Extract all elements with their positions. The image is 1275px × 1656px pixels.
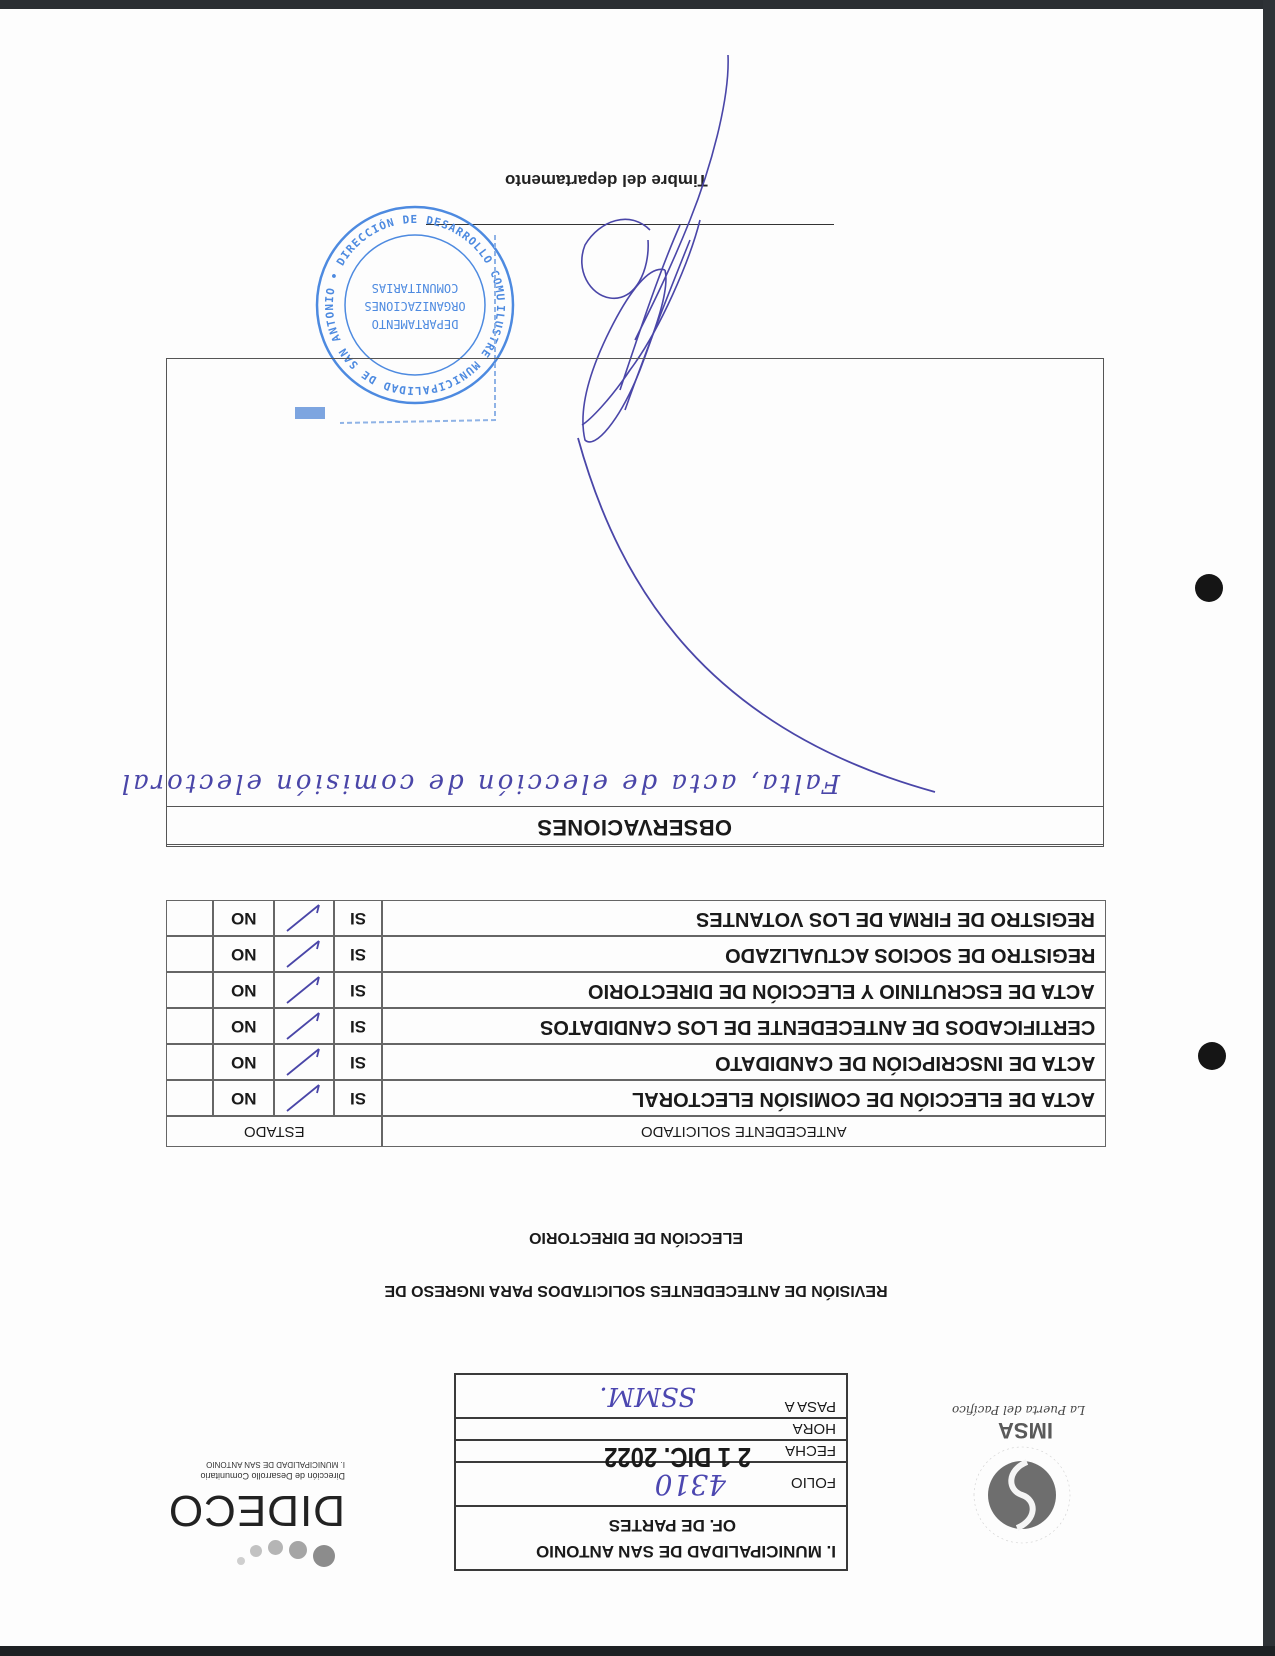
requirement-label-text: ACTA DE ESCRUTINIO Y ELECCIÓN DE DIRECTO… — [588, 979, 1095, 1002]
no-label: NO — [231, 1052, 257, 1072]
no-label: NO — [231, 908, 257, 928]
dideco-logo: DIDECO Dirección de Desarrollo Comunitar… — [175, 1455, 365, 1575]
no-label: NO — [231, 980, 257, 1000]
blank-cell — [166, 1080, 213, 1116]
checkmark-icon — [279, 1009, 329, 1043]
scan-border-right — [1263, 0, 1275, 1656]
checkmark-icon — [279, 901, 329, 935]
scan-border-bottom — [0, 1646, 1275, 1656]
blank-cell — [166, 972, 213, 1008]
field-hora: HORA — [456, 1417, 846, 1439]
si-cell[interactable]: SI — [334, 1008, 382, 1044]
table-row: ACTA DE INSCRIPCIÓN DE CANDIDATOSINO — [166, 1044, 1106, 1080]
table-row: REGISTRO DE FIRMA DE LOS VOTANTESSINO — [166, 900, 1106, 936]
imsa-wordmark: IMSA — [998, 1417, 1053, 1443]
hora-label: HORA — [793, 1420, 836, 1437]
si-label: SI — [350, 908, 366, 928]
no-cell[interactable]: NO — [213, 936, 274, 972]
requirement-label: CERTIFICADOS DE ANTECEDENTE DE LOS CANDI… — [382, 1008, 1106, 1044]
checkmark-icon — [279, 1045, 329, 1079]
si-label: SI — [350, 980, 366, 1000]
no-cell[interactable]: NO — [213, 1008, 274, 1044]
dideco-line1: Dirección de Desarrollo Comunitario — [200, 1471, 345, 1481]
table-row: REGISTRO DE SOCIOS ACTUALIZADOSINO — [166, 936, 1106, 972]
observations-handwritten-note: Falta, acta de elección de comisión elec… — [40, 758, 840, 798]
blank-cell — [166, 900, 213, 936]
blank-cell — [166, 1044, 213, 1080]
blank-cell — [166, 936, 213, 972]
dideco-wordmark: DIDECO — [168, 1485, 345, 1535]
requirement-label-text: CERTIFICADOS DE ANTECEDENTE DE LOS CANDI… — [540, 1015, 1095, 1038]
table-header-row: ANTECEDENTE SOLICITADOESTADO — [166, 1116, 1106, 1147]
check-cell[interactable] — [274, 1080, 334, 1116]
si-cell[interactable]: SI — [334, 900, 382, 936]
requirement-label: ACTA DE ELECCIÓN DE COMISIÓN ELECTORAL — [382, 1080, 1106, 1116]
no-label: NO — [231, 1016, 257, 1036]
si-cell[interactable]: SI — [334, 1080, 382, 1116]
requirement-label-text: ACTA DE INSCRIPCIÓN DE CANDIDATO — [715, 1051, 1095, 1074]
fecha-label: FECHA — [785, 1442, 836, 1459]
no-cell[interactable]: NO — [213, 1044, 274, 1080]
imsa-tagline: La Puerta del Pacífico — [952, 1403, 1085, 1417]
si-cell[interactable]: SI — [334, 972, 382, 1008]
column-header-antecedente-text: ANTECEDENTE SOLICITADO — [641, 1123, 847, 1140]
check-cell[interactable] — [274, 1044, 334, 1080]
field-pasa-a: PASA A SSMM. — [456, 1375, 846, 1417]
table-row: ACTA DE ESCRUTINIO Y ELECCIÓN DE DIRECTO… — [166, 972, 1106, 1008]
column-header-estado: ESTADO — [166, 1116, 382, 1147]
fecha-value: 2 1 DIC. 2022 — [604, 1441, 751, 1473]
punch-hole — [1195, 574, 1223, 602]
requirement-label-text: REGISTRO DE FIRMA DE LOS VOTANTES — [696, 907, 1095, 930]
no-cell[interactable]: NO — [213, 1080, 274, 1116]
reception-title-line2: OF. DE PARTES — [609, 1515, 736, 1535]
no-cell[interactable]: NO — [213, 900, 274, 936]
document-subtitle: ELECCIÓN DE DIRECTORIO — [166, 1228, 1106, 1246]
requirement-label-text: ACTA DE ELECCIÓN DE COMISIÓN ELECTORAL — [632, 1087, 1095, 1110]
table-row: ACTA DE ELECCIÓN DE COMISIÓN ELECTORALSI… — [166, 1080, 1106, 1116]
reception-title-line1: I. MUNICIPALIDAD DE SAN ANTONIO — [536, 1541, 836, 1561]
observations-heading: OBSERVACIONES — [537, 814, 732, 840]
observations-header: OBSERVACIONES — [166, 806, 1104, 847]
no-cell[interactable]: NO — [213, 972, 274, 1008]
checkmark-icon — [279, 973, 329, 1007]
no-label: NO — [231, 1088, 257, 1108]
checkmark-icon — [279, 937, 329, 971]
no-label: NO — [231, 944, 257, 964]
check-cell[interactable] — [274, 972, 334, 1008]
check-cell[interactable] — [274, 900, 334, 936]
pen-stroke — [560, 420, 990, 800]
si-label: SI — [350, 944, 366, 964]
requirement-label: ACTA DE INSCRIPCIÓN DE CANDIDATO — [382, 1044, 1106, 1080]
punch-hole — [1198, 1042, 1226, 1070]
requirement-label: REGISTRO DE SOCIOS ACTUALIZADO — [382, 936, 1106, 972]
scan-border-top — [0, 0, 1275, 9]
imsa-emblem-icon — [967, 1440, 1077, 1550]
pasa-a-value: SSMM. — [599, 1381, 696, 1411]
requirement-label: REGISTRO DE FIRMA DE LOS VOTANTES — [382, 900, 1106, 936]
reception-stamp: I. MUNICIPALIDAD DE SAN ANTONIO OF. DE P… — [454, 1373, 848, 1571]
reception-stamp-title: I. MUNICIPALIDAD DE SAN ANTONIO OF. DE P… — [456, 1505, 846, 1569]
si-label: SI — [350, 1088, 366, 1108]
si-cell[interactable]: SI — [334, 1044, 382, 1080]
document-title: REVISIÓN DE ANTECEDENTES SOLICITADOS PAR… — [166, 1281, 1106, 1299]
requirement-label: ACTA DE ESCRUTINIO Y ELECCIÓN DE DIRECTO… — [382, 972, 1106, 1008]
column-header-antecedente: ANTECEDENTE SOLICITADO — [382, 1116, 1106, 1147]
checkmark-icon — [279, 1081, 329, 1115]
si-cell[interactable]: SI — [334, 936, 382, 972]
check-cell[interactable] — [274, 936, 334, 972]
check-cell[interactable] — [274, 1008, 334, 1044]
si-label: SI — [350, 1052, 366, 1072]
column-header-estado-text: ESTADO — [244, 1123, 305, 1140]
requirement-label-text: REGISTRO DE SOCIOS ACTUALIZADO — [725, 943, 1095, 966]
dideco-line2: I. MUNICIPALIDAD DE SAN ANTONIO — [206, 1460, 345, 1469]
folio-label: FOLIO — [791, 1474, 836, 1491]
blank-cell — [166, 1008, 213, 1044]
table-row: CERTIFICADOS DE ANTECEDENTE DE LOS CANDI… — [166, 1008, 1106, 1044]
imsa-logo: IMSA La Puerta del Pacífico — [935, 1395, 1105, 1555]
si-label: SI — [350, 1016, 366, 1036]
pasa-a-label: PASA A — [785, 1398, 836, 1415]
